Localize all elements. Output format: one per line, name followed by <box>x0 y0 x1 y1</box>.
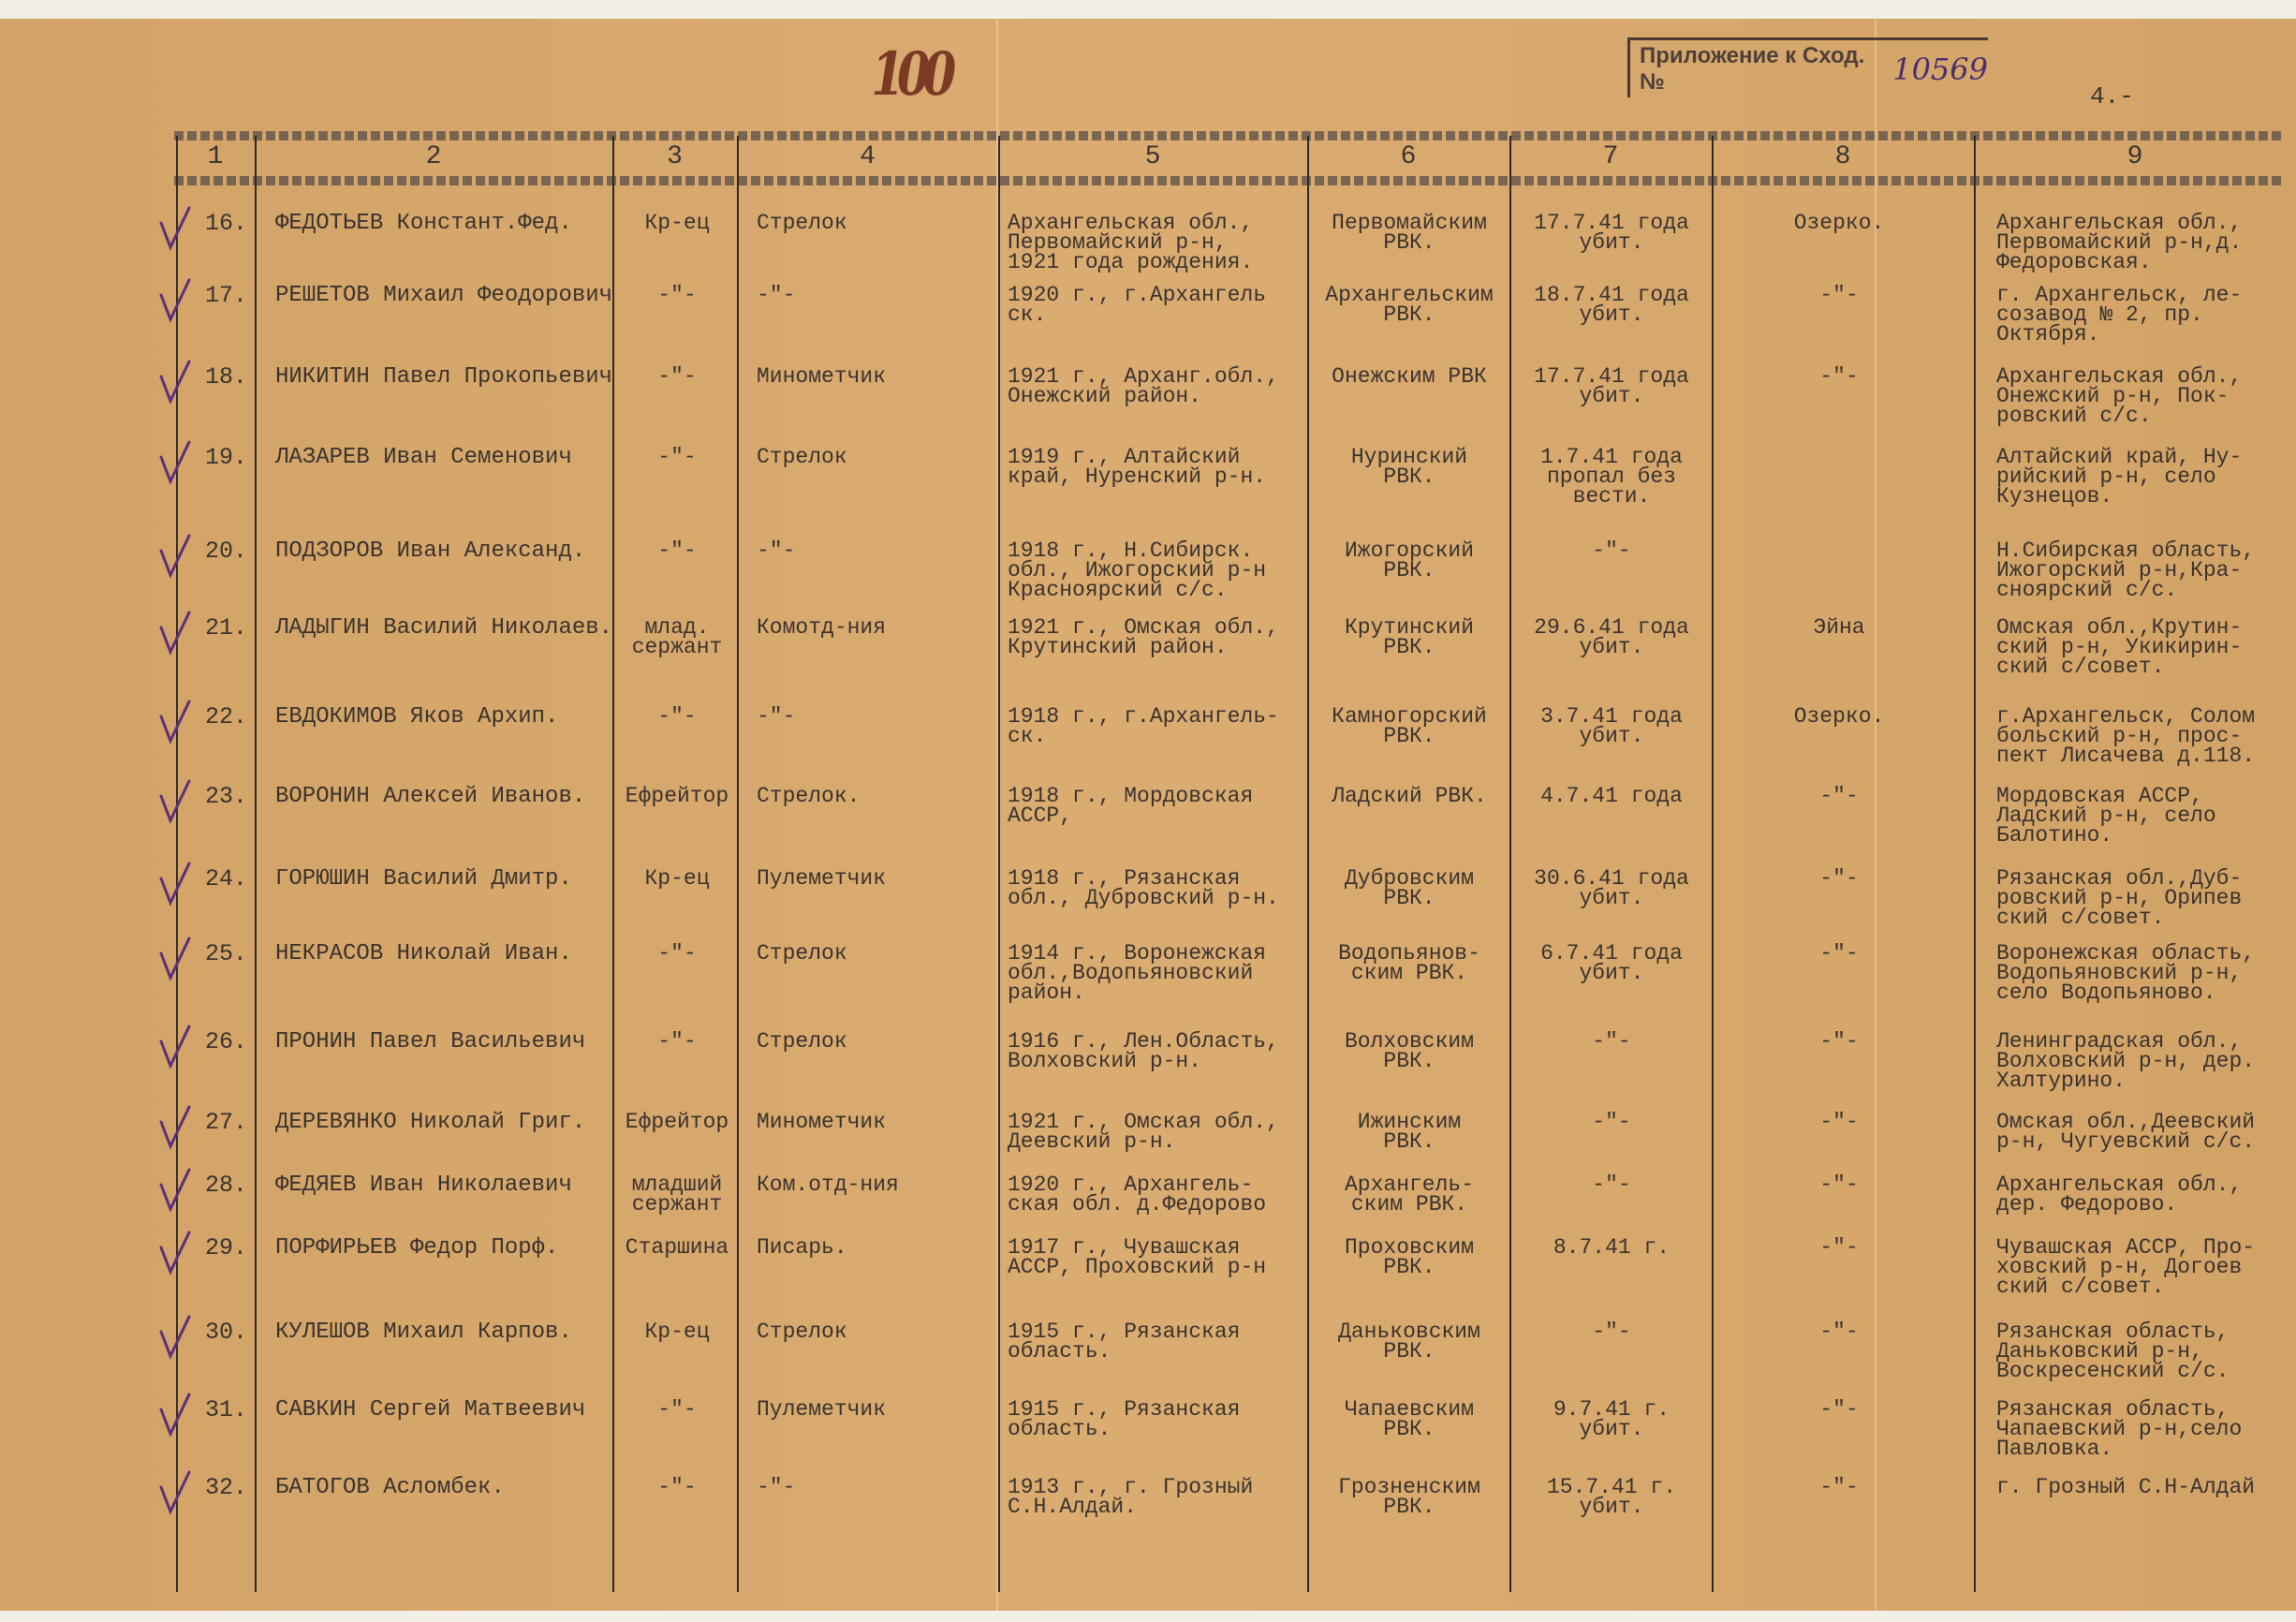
row-number: 25. <box>191 944 247 964</box>
draft-office: Чапаевским РВК. <box>1313 1400 1506 1439</box>
burial-place: -"- <box>1717 367 1961 387</box>
position: Стрелок. <box>742 787 981 806</box>
column-rule <box>737 136 739 1592</box>
birth-info: 1918 г., Н.Сибирск. обл., Ижогорский р-н… <box>1008 541 1307 600</box>
draft-office: Нуринский РВК. <box>1313 448 1506 487</box>
military-rank: младший сержант <box>622 1175 732 1215</box>
birth-info: 1913 г., г. Грозный С.Н.Алдай. <box>1008 1478 1307 1517</box>
checkmark-icon <box>157 609 193 656</box>
birth-info: Архангельская обл., Первомайский р-н, 19… <box>1008 214 1307 273</box>
burial-place: Эйна <box>1717 618 1961 638</box>
family-address: Рязанская область, Даньковский р-н, Воск… <box>1996 1322 2296 1381</box>
position: Минометчик <box>742 367 981 387</box>
row-number: 32. <box>191 1478 247 1497</box>
draft-office: Грозненским РВК. <box>1313 1478 1506 1517</box>
family-address: Алтайский край, Ну- рийский р-н, село Ку… <box>1996 448 2296 507</box>
column-rule <box>998 136 1000 1592</box>
date-fate: 29.6.41 года убит. <box>1513 618 1710 657</box>
family-address: Омская обл.,Крутин- ский р-н, Укикирин- … <box>1996 618 2296 677</box>
draft-office: Камногорский РВК. <box>1313 707 1506 746</box>
date-fate: 30.6.41 года убит. <box>1513 869 1710 908</box>
checkmark-icon <box>157 860 193 907</box>
row-number: 27. <box>191 1113 247 1132</box>
row-number: 31. <box>191 1400 247 1420</box>
family-address: Воронежская область, Водопьяновский р-н,… <box>1996 944 2296 1003</box>
military-rank: Ефрейтор <box>622 1113 732 1132</box>
date-fate: 17.7.41 года убит. <box>1513 214 1710 253</box>
checkmark-icon <box>157 935 193 981</box>
position: Ком.отд-ния <box>742 1175 981 1195</box>
burial-place: Озерко. <box>1717 707 1961 727</box>
date-fate: -"- <box>1513 1175 1710 1195</box>
family-address: Н.Сибирская область, Ижогорский р-н,Кра-… <box>1996 541 2296 600</box>
birth-info: 1921 г., Арханг.обл., Онежский район. <box>1008 367 1307 406</box>
column-header-6: 6 <box>1307 142 1509 171</box>
column-header-3: 3 <box>612 142 737 171</box>
birth-info: 1915 г., Рязанская область. <box>1008 1400 1307 1439</box>
column-header-1: 1 <box>176 142 255 171</box>
row-number: 19. <box>191 448 247 467</box>
burial-place: -"- <box>1717 1032 1961 1052</box>
date-fate: 8.7.41 г. <box>1513 1238 1710 1258</box>
date-fate: 15.7.41 г. убит. <box>1513 1478 1710 1517</box>
date-fate: 6.7.41 года убит. <box>1513 944 1710 983</box>
military-rank: Кр-ец <box>622 869 732 889</box>
draft-office: Крутинский РВК. <box>1313 618 1506 657</box>
row-number: 16. <box>191 214 247 233</box>
column-header-2: 2 <box>255 142 612 171</box>
burial-place: Озерко. <box>1717 214 1961 233</box>
military-rank: -"- <box>622 1478 732 1497</box>
birth-info: 1918 г., Рязанская обл., Дубровский р-н. <box>1008 869 1307 908</box>
burial-place: -"- <box>1717 1478 1961 1497</box>
draft-office: Дубровским РВК. <box>1313 869 1506 908</box>
draft-office: Даньковским РВК. <box>1313 1322 1506 1362</box>
birth-info: 1915 г., Рязанская область. <box>1008 1322 1307 1362</box>
row-number: 24. <box>191 869 247 889</box>
family-address: Архангельская обл., дер. Федорово. <box>1996 1175 2296 1215</box>
row-number: 17. <box>191 286 247 305</box>
checkmark-icon <box>157 698 193 745</box>
military-rank: Кр-ец <box>622 214 732 233</box>
date-fate: 18.7.41 года убит. <box>1513 286 1710 325</box>
column-header-5: 5 <box>998 142 1307 171</box>
military-rank: -"- <box>622 541 732 561</box>
draft-office: Первомайским РВК. <box>1313 214 1506 253</box>
military-rank: Кр-ец <box>622 1322 732 1342</box>
header-top-rule <box>174 131 2283 140</box>
header-bottom-rule <box>174 176 2283 185</box>
handwritten-sheet-number: 100 <box>871 39 949 110</box>
position: Пулеметчик <box>742 869 981 889</box>
position: -"- <box>742 541 981 561</box>
burial-place: -"- <box>1717 1175 1961 1195</box>
position: Стрелок <box>742 448 981 467</box>
draft-office: Архангельским РВК. <box>1313 286 1506 325</box>
military-rank: -"- <box>622 367 732 387</box>
birth-info: 1918 г., Мордовская АССР, <box>1008 787 1307 826</box>
row-number: 23. <box>191 787 247 806</box>
family-address: г.Архангельск, Солом больский р-н, прос-… <box>1996 707 2296 766</box>
column-header-4: 4 <box>737 142 998 171</box>
row-number: 28. <box>191 1175 247 1195</box>
column-rule <box>612 136 614 1592</box>
row-number: 21. <box>191 618 247 638</box>
date-fate: 9.7.41 г. убит. <box>1513 1400 1710 1439</box>
checkmark-icon <box>157 777 193 824</box>
row-number: 22. <box>191 707 247 727</box>
military-rank: -"- <box>622 707 732 727</box>
checkmark-icon <box>157 204 193 251</box>
row-number: 30. <box>191 1322 247 1342</box>
draft-office: Проховским РВК. <box>1313 1238 1506 1277</box>
family-address: Омская обл.,Деевский р-н, Чугуевский с/с… <box>1996 1113 2296 1152</box>
position: Стрелок <box>742 1322 981 1342</box>
column-header-8: 8 <box>1712 142 1974 171</box>
burial-place: -"- <box>1717 1400 1961 1420</box>
column-rule <box>1509 136 1511 1592</box>
family-address: Рязанская область, Чапаевский р-н,село П… <box>1996 1400 2296 1459</box>
birth-info: 1921 г., Омская обл., Деевский р-н. <box>1008 1113 1307 1152</box>
row-number: 29. <box>191 1238 247 1258</box>
burial-place: -"- <box>1717 869 1961 889</box>
checkmark-icon <box>157 1313 193 1360</box>
stamp-number: 10569 <box>1892 52 1988 87</box>
family-address: Мордовская АССР, Ладский р-н, село Балот… <box>1996 787 2296 846</box>
row-number: 18. <box>191 367 247 387</box>
column-rule <box>1974 136 1976 1592</box>
military-rank: -"- <box>622 286 732 305</box>
position: Стрелок <box>742 1032 981 1052</box>
date-fate: -"- <box>1513 1032 1710 1052</box>
row-number: 20. <box>191 541 247 561</box>
date-fate: 17.7.41 года убит. <box>1513 367 1710 406</box>
family-address: г. Архангельск, ле- созавод № 2, пр. Окт… <box>1996 286 2296 345</box>
checkmark-icon <box>157 276 193 323</box>
family-address: Архангельская обл., Онежский р-н, Пок- р… <box>1996 367 2296 426</box>
military-rank: Старшина <box>622 1238 732 1258</box>
stamp-text: Приложение к Сход. № <box>1640 43 1887 96</box>
column-rule <box>1712 136 1714 1592</box>
column-rule <box>1307 136 1309 1592</box>
page-number: 4.- <box>2090 82 2134 111</box>
burial-place: -"- <box>1717 1322 1961 1342</box>
row-number: 26. <box>191 1032 247 1052</box>
birth-info: 1918 г., г.Архангель- ск. <box>1008 707 1307 746</box>
family-address: Ленинградская обл., Волховский р-н, дер.… <box>1996 1032 2296 1091</box>
checkmark-icon <box>157 438 193 485</box>
checkmark-icon <box>157 532 193 579</box>
fold-crease <box>1875 19 1877 1611</box>
military-rank: -"- <box>622 944 732 964</box>
family-address: Рязанская обл.,Дуб- ровский р-н, Орипев … <box>1996 869 2296 928</box>
attachment-stamp: Приложение к Сход. № 10569 <box>1627 37 1988 97</box>
birth-info: 1920 г., Архангель- ская обл. д.Федорово <box>1008 1175 1307 1215</box>
family-address: Чувашская АССР, Про- ховский р-н, Догоев… <box>1996 1238 2296 1297</box>
draft-office: Архангель- ским РВК. <box>1313 1175 1506 1215</box>
military-rank: Ефрейтор <box>622 787 732 806</box>
birth-info: 1917 г., Чувашская АССР, Проховский р-н <box>1008 1238 1307 1277</box>
position: Пулеметчик <box>742 1400 981 1420</box>
draft-office: Ижогорский РВК. <box>1313 541 1506 581</box>
date-fate: -"- <box>1513 1322 1710 1342</box>
column-header-9: 9 <box>1974 142 2296 171</box>
birth-info: 1914 г., Воронежская обл.,Водопьяновский… <box>1008 944 1307 1003</box>
military-rank: -"- <box>622 448 732 467</box>
date-fate: -"- <box>1513 541 1710 561</box>
column-rule <box>255 136 257 1592</box>
column-header-7: 7 <box>1509 142 1712 171</box>
checkmark-icon <box>157 1468 193 1515</box>
position: -"- <box>742 707 981 727</box>
family-address: г. Грозный С.Н-Алдай <box>1996 1478 2296 1497</box>
draft-office: Ладский РВК. <box>1313 787 1506 806</box>
date-fate: -"- <box>1513 1113 1710 1132</box>
date-fate: 3.7.41 года убит. <box>1513 707 1710 746</box>
family-address: Архангельская обл., Первомайский р-н,д. … <box>1996 214 2296 273</box>
checkmark-icon <box>157 358 193 405</box>
checkmark-icon <box>157 1166 193 1213</box>
draft-office: Водопьянов- ским РВК. <box>1313 944 1506 983</box>
draft-office: Онежским РВК <box>1313 367 1506 387</box>
burial-place: -"- <box>1717 944 1961 964</box>
draft-office: Волховским РВК. <box>1313 1032 1506 1071</box>
position: Минометчик <box>742 1113 981 1132</box>
military-rank: млад. сержант <box>622 618 732 657</box>
burial-place: -"- <box>1717 787 1961 806</box>
checkmark-icon <box>157 1229 193 1275</box>
birth-info: 1920 г., г.Архангель ск. <box>1008 286 1307 325</box>
birth-info: 1916 г., Лен.Область, Волховский р-н. <box>1008 1032 1307 1071</box>
date-fate: 1.7.41 года пропал без вести. <box>1513 448 1710 507</box>
position: Стрелок <box>742 214 981 233</box>
position: Писарь. <box>742 1238 981 1258</box>
draft-office: Ижинским РВК. <box>1313 1113 1506 1152</box>
military-rank: -"- <box>622 1400 732 1420</box>
checkmark-icon <box>157 1023 193 1069</box>
position: -"- <box>742 1478 981 1497</box>
date-fate: 4.7.41 года <box>1513 787 1710 806</box>
birth-info: 1921 г., Омская обл., Крутинский район. <box>1008 618 1307 657</box>
military-rank: -"- <box>622 1032 732 1052</box>
burial-place: -"- <box>1717 286 1961 305</box>
position: -"- <box>742 286 981 305</box>
position: Комотд-ния <box>742 618 981 638</box>
position: Стрелок <box>742 944 981 964</box>
birth-info: 1919 г., Алтайский край, Нуренский р-н. <box>1008 448 1307 487</box>
burial-place: -"- <box>1717 1113 1961 1132</box>
burial-place: -"- <box>1717 1238 1961 1258</box>
checkmark-icon <box>157 1103 193 1150</box>
checkmark-icon <box>157 1391 193 1438</box>
